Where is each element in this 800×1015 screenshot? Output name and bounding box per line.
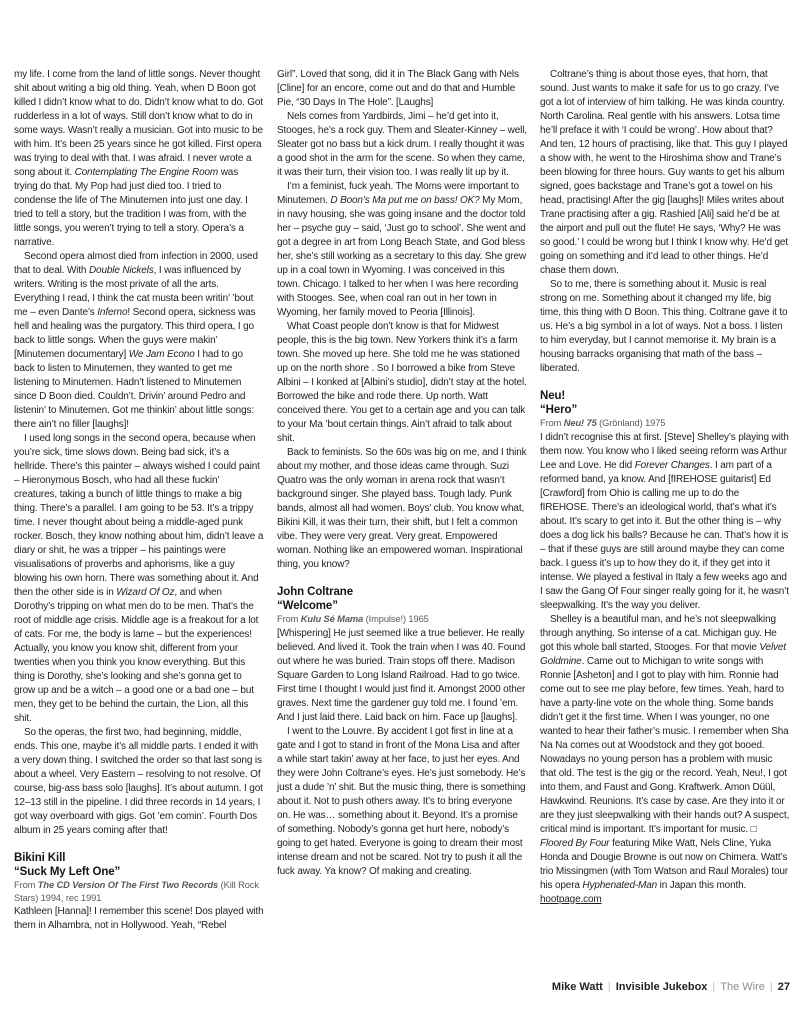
text-run: in Japan this month.	[657, 880, 746, 891]
text-run: . I am part of a reformed band, ya know.…	[540, 460, 789, 611]
section-artist-heading: John Coltrane	[277, 585, 527, 599]
body-paragraph: What Coast people don’t know is that for…	[277, 320, 527, 446]
text-run: Kathleen [Hanna]! I remember this scene!…	[14, 906, 264, 931]
album-title: Kulu Sé Mama	[301, 614, 363, 624]
body-paragraph: I used long songs in the second opera, b…	[14, 432, 264, 726]
italic-title-text: Inferno	[97, 307, 127, 318]
section-track-title: “Hero”	[540, 403, 790, 417]
italic-title-text: Floored By Four	[540, 838, 609, 849]
section-source-line: From Neu! 75 (Grönland) 1975	[540, 417, 790, 430]
text-run: My Mom, in navy housing, she was going i…	[277, 195, 526, 318]
section-source-line: From Kulu Sé Mama (Impulse!) 1965	[277, 613, 527, 626]
body-paragraph: So the operas, the first two, had beginn…	[14, 726, 264, 838]
text-run: [Whispering] He just seemed like a true …	[277, 628, 525, 723]
text-run: my life. I come from the land of little …	[14, 69, 263, 178]
body-paragraph: my life. I come from the land of little …	[14, 68, 264, 250]
body-paragraph: Second opera almost died from infection …	[14, 250, 264, 432]
text-run: Girl”. Loved that song, did it in The Bl…	[277, 69, 519, 108]
footer-artist: Mike Watt	[552, 981, 603, 993]
italic-title-text: Double Nickels	[89, 265, 154, 276]
magazine-page: my life. I come from the land of little …	[0, 0, 800, 1015]
body-paragraph: Shelley is a beautiful man, and he’s not…	[540, 613, 790, 907]
body-paragraph: I didn’t recognise this at first. [Steve…	[540, 431, 790, 613]
footer-magazine: The Wire	[720, 981, 765, 993]
text-run: What Coast people don’t know is that for…	[277, 321, 527, 444]
italic-title-text: D Boon’s Ma put me on bass! OK?	[330, 195, 479, 206]
article-columns: my life. I come from the land of little …	[14, 68, 790, 933]
column-middle: Girl”. Loved that song, did it in The Bl…	[277, 68, 527, 933]
text-run: Back to feminists. So the 60s was big on…	[277, 447, 527, 570]
text-run: From	[540, 418, 564, 428]
footer-separator: |	[707, 981, 720, 993]
text-run: , and when Dorothy’s tripping on what me…	[14, 587, 258, 724]
text-run: Shelley is a beautiful man, and he’s not…	[540, 614, 777, 653]
section-track-title: “Welcome”	[277, 599, 527, 613]
hootpage-url: hootpage.com	[540, 894, 602, 905]
text-run: Coltrane’s thing is about those eyes, th…	[540, 69, 788, 276]
section-artist-heading: Bikini Kill	[14, 851, 264, 865]
body-paragraph: I went to the Louvre. By accident I got …	[277, 725, 527, 879]
italic-title-text: Hyphenated-Man	[582, 880, 657, 891]
body-paragraph: [Whispering] He just seemed like a true …	[277, 627, 527, 725]
body-paragraph: Back to feminists. So the 60s was big on…	[277, 446, 527, 572]
footer-page-number: 27	[778, 981, 790, 993]
text-run: . Came out to Michigan to write songs wi…	[540, 656, 789, 835]
italic-title-text: Wizard Of Oz	[116, 587, 174, 598]
footer-separator: |	[765, 981, 778, 993]
text-run: (Impulse!) 1965	[363, 614, 429, 624]
footer-separator: |	[603, 981, 616, 993]
text-run: So to me, there is something about it. M…	[540, 279, 787, 374]
text-run: From	[14, 880, 38, 890]
body-paragraph: Girl”. Loved that song, did it in The Bl…	[277, 68, 527, 110]
text-run: (Grönland) 1975	[597, 418, 666, 428]
page-footer: Mike Watt|Invisible Jukebox|The Wire|27	[552, 980, 790, 994]
text-run: So the operas, the first two, had beginn…	[14, 727, 263, 836]
text-run: I went to the Louvre. By accident I got …	[277, 726, 525, 877]
text-run: I had to go back to listen to Minutemen,…	[14, 349, 254, 430]
body-paragraph: Kathleen [Hanna]! I remember this scene!…	[14, 905, 264, 933]
column-right: Coltrane’s thing is about those eyes, th…	[540, 68, 790, 933]
album-title: Neu! 75	[564, 418, 597, 428]
body-paragraph: Coltrane’s thing is about those eyes, th…	[540, 68, 790, 278]
text-run: I used long songs in the second opera, b…	[14, 433, 263, 598]
section-track-title: “Suck My Left One”	[14, 865, 264, 879]
text-run: Nels comes from Yardbirds, Jimi – he’d g…	[277, 111, 527, 178]
footer-feature: Invisible Jukebox	[616, 981, 708, 993]
album-title: The CD Version Of The First Two Records	[38, 880, 218, 890]
body-paragraph: Nels comes from Yardbirds, Jimi – he’d g…	[277, 110, 527, 180]
body-paragraph: So to me, there is something about it. M…	[540, 278, 790, 376]
section-source-line: From The CD Version Of The First Two Rec…	[14, 879, 264, 904]
text-run: From	[277, 614, 301, 624]
italic-title-text: We Jam Econo	[129, 349, 195, 360]
italic-title-text: Contemplating The Engine Room	[75, 167, 219, 178]
column-left: my life. I come from the land of little …	[14, 68, 264, 933]
body-paragraph: I’m a feminist, fuck yeah. The Moms were…	[277, 180, 527, 320]
italic-title-text: Forever Changes	[635, 460, 710, 471]
section-artist-heading: Neu!	[540, 389, 790, 403]
text-run: was trying do that. My Pop had just died…	[14, 167, 248, 248]
